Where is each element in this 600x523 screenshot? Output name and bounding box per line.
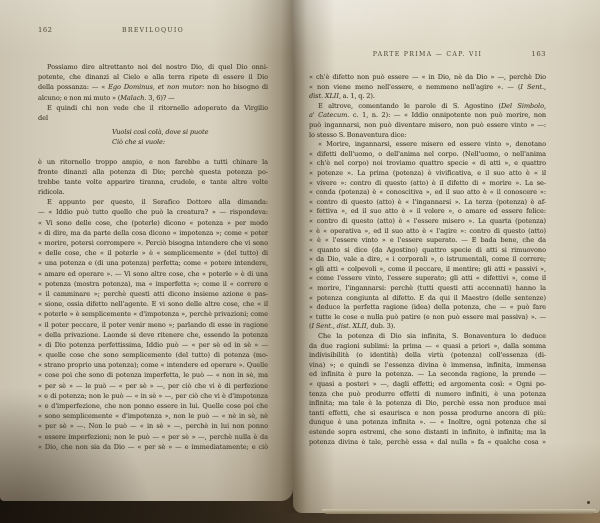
text-line: « il poter peccare, il poter venir meno … bbox=[38, 320, 268, 330]
text-line: « il camminare »; perchè questi atti dic… bbox=[38, 289, 268, 299]
text-segment: ed infinita è pure la potenza. — La seco… bbox=[309, 370, 546, 378]
text-segment: « è « l'essere vinto » e l'essere supera… bbox=[309, 236, 546, 244]
text-segment: « Dio, che non sia da Dio — « per sè » —… bbox=[38, 443, 268, 451]
text-segment: E appunto per questo, il Serafico Dottor… bbox=[47, 198, 268, 206]
text-segment: « strano proprio una potenza); come « in… bbox=[38, 361, 268, 369]
agostino-paragraph: E altrove, comentando le parole di S. Ag… bbox=[309, 102, 546, 140]
opening-paragraph: Possiamo dire altrettanto noi del nostro… bbox=[38, 62, 268, 103]
text-line: « morire, l'ingannarsi: perchè (tutti qu… bbox=[309, 284, 546, 294]
text-line: « Dio, che non sia da Dio — « per sè » —… bbox=[38, 442, 268, 452]
text-line: — « Iddio può tutto quello che può la cr… bbox=[38, 207, 268, 217]
italic-segment: I Sent., dist. XLII, bbox=[312, 322, 369, 330]
text-segment: da due ragioni sublimi: la prima — « qua… bbox=[309, 342, 546, 350]
text-segment: « è « operativa », ed il suo atto è « l'… bbox=[309, 227, 546, 235]
text-line: « è « operativa », ed il suo atto è « l'… bbox=[309, 227, 546, 237]
text-line: E appunto per questo, il Serafico Dottor… bbox=[38, 197, 268, 207]
text-line: « della privazione. Laonde si deve riten… bbox=[38, 330, 268, 340]
text-line: « di Dio potenza perfettissima, Iddio pu… bbox=[38, 340, 268, 350]
text-segment: dunque è una potenza infinita ». — « Ino… bbox=[309, 418, 546, 426]
text-segment: « potenza (mostra potenza), ma « imperfe… bbox=[38, 280, 268, 288]
text-segment: « Morire, ingannarsi, essere misero ed e… bbox=[318, 140, 546, 148]
text-segment: « contro di questo (atto) è « l'ingannar… bbox=[309, 198, 546, 206]
text-segment: — « Iddio può tutto quello che può la cr… bbox=[38, 208, 268, 216]
text-line: del bbox=[38, 113, 268, 123]
text-segment: del bbox=[38, 114, 48, 122]
text-line: alcuno; e non mi muto » (Malach. 3, 6)? … bbox=[38, 93, 268, 103]
text-segment: « e d'imperfezione, che non ponno essere… bbox=[38, 402, 268, 410]
text-segment: « difetti dell'uomo, o dell'anima nel co… bbox=[309, 150, 546, 158]
text-segment: « vivere »: contro di questo (atto) è il… bbox=[309, 179, 546, 187]
text-segment: « deduce la perfetta ragione (idea) dell… bbox=[309, 303, 546, 311]
text-line: indivisibilità (o identità) della virtù … bbox=[309, 351, 546, 361]
text-line: « deduce la perfetta ragione (idea) dell… bbox=[309, 303, 546, 313]
text-line: da due ragioni sublimi: la prima — « qua… bbox=[309, 342, 546, 352]
ritornello-paragraph: è un ritornello troppo ampio, e non fare… bbox=[38, 157, 268, 198]
text-segment: « come l'essere vinto, l'essere superato… bbox=[309, 274, 546, 282]
text-line: « sono semplicemente « d'impotenza », no… bbox=[38, 411, 268, 421]
text-line: « cose poi che sono di potenza imperfett… bbox=[38, 370, 268, 380]
text-line: « potenza congiunta al difetto. E da qui… bbox=[309, 294, 546, 304]
book-photo: 162 BREVILOQUIO Possiamo dire altrettant… bbox=[0, 0, 600, 523]
text-line: Che la potenza di Dio sia infinita, S. B… bbox=[309, 332, 546, 342]
ink-speck bbox=[587, 501, 590, 504]
text-line: « tutte le cose e nulla può patire (e no… bbox=[309, 313, 546, 323]
text-segment: 3, 6)? — bbox=[146, 94, 174, 102]
text-segment: « il camminare »; perchè questi atti dic… bbox=[38, 290, 268, 298]
text-segment: « una potenza e (di una potenza) perfett… bbox=[38, 259, 268, 267]
text-segment: « ch'è difetto non può essere — « in Dio… bbox=[309, 73, 546, 81]
text-line: « come l'essere vinto, l'essere superato… bbox=[309, 274, 546, 284]
text-line: « quelle cose che sono semplicemente (de… bbox=[38, 350, 268, 360]
text-segment: « della privazione. Laonde si deve riten… bbox=[38, 331, 268, 339]
text-line: « Vi sono delle cose, che (poterle) dico… bbox=[38, 218, 268, 228]
text-segment: dub. 3). bbox=[369, 322, 396, 330]
text-segment: ridicola. bbox=[38, 188, 65, 196]
text-line: E altrove, comentando le parole di S. Ag… bbox=[309, 102, 546, 112]
italic-segment: a' Catecum. bbox=[309, 111, 349, 119]
text-segment: è un ritornello troppo ampio, e non fare… bbox=[38, 158, 268, 166]
text-line: fronte dinanzi alla potenza di Dio; perc… bbox=[38, 167, 268, 177]
text-segment: « di Dio potenza perfettissima, Iddio pu… bbox=[38, 341, 268, 349]
left-running-title: BREVILOQUIO bbox=[122, 27, 184, 35]
text-segment: « ch'è nel corpo) noi troviamo quattro s… bbox=[309, 159, 546, 167]
text-line: estende sopra estremi, che sono distanti… bbox=[309, 428, 546, 438]
text-line: a' Catecum. c. 1, n. 2): — « Iddio onnip… bbox=[309, 111, 546, 121]
text-line: tanti effetti, che si esaurisca e non po… bbox=[309, 409, 546, 419]
text-segment: a. 1, q. 2). bbox=[341, 92, 375, 100]
dante-verse: Vuolsi così colà, dove si puoteCiò che s… bbox=[112, 127, 268, 147]
text-line: dist. XLII, a. 1, q. 2). bbox=[309, 92, 546, 102]
text-segment: Possiamo dire altrettanto noi del nostro… bbox=[47, 63, 268, 71]
right-page-header: PARTE PRIMA — CAP. VII 163 bbox=[309, 50, 546, 58]
text-segment: « sione, ossia difetto nell'agente. E vi… bbox=[38, 300, 268, 308]
text-line: « gli atti « colpevoli », come il peccar… bbox=[309, 265, 546, 275]
risposta-quote: « Vi sono delle cose, che (poterle) dico… bbox=[38, 218, 268, 452]
text-line: vina) »; e quindi se l'essenza divina è … bbox=[309, 361, 546, 371]
text-line: dunque è una potenza infinita ». — « Ino… bbox=[309, 418, 546, 428]
text-segment: « non viene meno nell'essere, e nemmeno … bbox=[309, 83, 520, 91]
text-segment: « per sè » — le può — « per sè » —, per … bbox=[38, 382, 268, 390]
text-line: « difetti dell'uomo, o dell'anima nel co… bbox=[309, 150, 546, 160]
text-line: Vuolsi così colà, dove si puote bbox=[112, 127, 268, 137]
text-segment: « contro di questo (atto) è « l'essere m… bbox=[309, 217, 546, 225]
text-segment: « potenza congiunta al difetto. E da qui… bbox=[309, 294, 546, 302]
text-line: « di dire, ma da parte della cosa dicono… bbox=[38, 228, 268, 238]
text-segment: Ciò che si vuole: bbox=[112, 138, 165, 146]
text-segment: vina) »; e quindi se l'essenza divina è … bbox=[309, 361, 546, 369]
text-line: Possiamo dire altrettanto noi del nostro… bbox=[38, 62, 268, 72]
text-segment: Che la potenza di Dio sia infinita, S. B… bbox=[318, 332, 546, 340]
text-line: « da Dio, vale a dire, « i corporali », … bbox=[309, 255, 546, 265]
bonaventura-quote: « Morire, ingannarsi, essere misero ed e… bbox=[309, 140, 546, 332]
text-line: potenza divina è tale, perchè essa « dal… bbox=[309, 438, 546, 448]
text-segment: « e di potenza; non le può — « in sè » —… bbox=[38, 392, 268, 400]
text-line: « fettiva », ed il suo atto è « il voler… bbox=[309, 207, 546, 217]
text-line: tenza che può produrre effetti di numero… bbox=[309, 390, 546, 400]
text-line: « delle cose, che « il poterle » è « sem… bbox=[38, 248, 268, 258]
text-segment: può ingannarsi, non può diventare misero… bbox=[309, 121, 546, 129]
text-segment: Vuolsi così colà, dove si puote bbox=[112, 128, 208, 136]
text-line: « potenza (mostra potenza), ma « imperfe… bbox=[38, 279, 268, 289]
right-page-text: « ch'è difetto non può essere — « in Dio… bbox=[309, 73, 546, 447]
text-segment: « quasi a posteri » —, dagli effetti; ed… bbox=[309, 380, 546, 388]
left-page-header: 162 BREVILOQUIO bbox=[38, 26, 268, 34]
text-segment: « essere imperfezioni; non le può — « pe… bbox=[38, 433, 268, 441]
text-segment: tenza che può produrre effetti di numero… bbox=[309, 390, 546, 398]
text-line: Ciò che si vuole: bbox=[112, 137, 268, 147]
text-segment: lo stesso S. Bonaventura dice: bbox=[309, 131, 406, 139]
text-segment: della possanza: — « bbox=[38, 83, 108, 91]
text-segment: « gli atti « colpevoli », come il peccar… bbox=[309, 265, 546, 273]
dimanda-paragraph: E appunto per questo, il Serafico Dottor… bbox=[38, 197, 268, 217]
text-segment: « quelle cose che sono semplicemente (de… bbox=[38, 351, 268, 359]
text-segment: potente, che dinanzi al Cielo e alla ter… bbox=[38, 73, 268, 81]
left-page-number: 162 bbox=[38, 26, 72, 34]
text-line: « quanto si dice (da Agostino) quattro s… bbox=[309, 246, 546, 256]
text-segment: « morire, l'ingannarsi: perchè (tutti qu… bbox=[309, 284, 546, 292]
text-segment: infinita; ma tale è la potenza di Dio, p… bbox=[309, 399, 546, 407]
page-stack-edge bbox=[322, 509, 596, 514]
text-line: « per sè » —. Non le può — « in sè » —, … bbox=[38, 421, 268, 431]
text-line: « contro di questo (atto) è « l'ingannar… bbox=[309, 198, 546, 208]
text-line: ridicola. bbox=[38, 187, 268, 197]
text-line: « potenze ». La prima (potenza) è vivifi… bbox=[309, 169, 546, 179]
text-segment: « amare ed operare ». — Vi sono altre co… bbox=[38, 270, 268, 278]
text-segment: trebbe tante volte apparire tiranna, cru… bbox=[38, 178, 268, 186]
text-line: « è « l'essere vinto » e l'essere supera… bbox=[309, 236, 546, 246]
text-line: « per sè » — le può — « per sè » —, per … bbox=[38, 381, 268, 391]
text-segment: fronte dinanzi alla potenza di Dio; perc… bbox=[38, 168, 268, 176]
text-line: lo stesso S. Bonaventura dice: bbox=[309, 131, 546, 141]
italic-segment: Ego Dominus, et non mutor: bbox=[108, 83, 204, 91]
text-line: trebbe tante volte apparire tiranna, cru… bbox=[38, 177, 268, 187]
text-segment: « quanto si dice (da Agostino) quattro s… bbox=[309, 246, 546, 254]
text-line: « conda (potenza) è « conoscitiva », ed … bbox=[309, 188, 546, 198]
text-segment: indivisibilità (o identità) della virtù … bbox=[309, 351, 546, 359]
text-segment: « conda (potenza) è « conoscitiva », ed … bbox=[309, 188, 546, 196]
text-line: « quasi a posteri » —, dagli effetti; ed… bbox=[309, 380, 546, 390]
continuation-quote: « ch'è difetto non può essere — « in Dio… bbox=[309, 73, 546, 102]
text-line: potente, che dinanzi al Cielo e alla ter… bbox=[38, 72, 268, 82]
text-segment: « di dire, ma da parte della cosa dicono… bbox=[38, 229, 268, 237]
text-line: « una potenza e (di una potenza) perfett… bbox=[38, 258, 268, 268]
text-segment: c. 1, n. 2): — « Iddio onnipotente non p… bbox=[349, 111, 546, 119]
text-line: « contro di questo (atto) è « l'essere m… bbox=[309, 217, 546, 227]
text-line: infinita; ma tale è la potenza di Dio, p… bbox=[309, 399, 546, 409]
text-line: E quindi chi non vede che il ritornello … bbox=[38, 103, 268, 113]
text-segment: « delle cose, che « il poterle » è « sem… bbox=[38, 249, 268, 257]
text-segment: potenza divina è tale, perchè essa « dal… bbox=[309, 438, 546, 446]
text-segment: non ho bisogno di bbox=[204, 83, 268, 91]
text-line: « sione, ossia difetto nell'agente. E vi… bbox=[38, 299, 268, 309]
text-line: « non viene meno nell'essere, e nemmeno … bbox=[309, 83, 546, 93]
text-line: « poterle » è semplicemente « d'impotenz… bbox=[38, 309, 268, 319]
text-line: « strano proprio una potenza); come « in… bbox=[38, 360, 268, 370]
text-segment: « per sè » —. Non le può — « in sè » —, … bbox=[38, 422, 268, 430]
text-segment: alcuno; e non mi muto » ( bbox=[38, 94, 120, 102]
text-segment: « potenze ». La prima (potenza) è vivifi… bbox=[309, 169, 546, 177]
italic-segment: I Sent., bbox=[520, 83, 546, 91]
left-page-text: Possiamo dire altrettanto noi del nostro… bbox=[38, 62, 268, 452]
text-segment: « fettiva », ed il suo atto è « il voler… bbox=[309, 207, 546, 215]
text-line: può ingannarsi, non può diventare misero… bbox=[309, 121, 546, 131]
italic-segment: Del Simbolo, bbox=[501, 102, 546, 110]
text-line: « morire, potersi corrompere ». Perciò b… bbox=[38, 238, 268, 248]
text-line: è un ritornello troppo ampio, e non fare… bbox=[38, 157, 268, 167]
text-segment: « il poter peccare, il poter venir meno … bbox=[38, 321, 268, 329]
text-segment: estende sopra estremi, che sono distanti… bbox=[309, 428, 546, 436]
text-line: (I Sent., dist. XLII, dub. 3). bbox=[309, 322, 546, 332]
right-running-title: PARTE PRIMA — CAP. VII bbox=[373, 51, 482, 59]
text-line: « ch'è difetto non può essere — « in Dio… bbox=[309, 73, 546, 83]
text-segment: « da Dio, vale a dire, « i corporali », … bbox=[309, 255, 546, 263]
text-segment: « cose poi che sono di potenza imperfett… bbox=[38, 371, 268, 379]
left-page-content: 162 BREVILOQUIO Possiamo dire altrettant… bbox=[38, 26, 268, 452]
text-line: « essere imperfezioni; non le può — « pe… bbox=[38, 432, 268, 442]
text-line: « vivere »: contro di questo (atto) è il… bbox=[309, 179, 546, 189]
text-segment: « sono semplicemente « d'impotenza », no… bbox=[38, 412, 268, 420]
right-page-content: PARTE PRIMA — CAP. VII 163 « ch'è difett… bbox=[309, 50, 546, 447]
potenza-infinita-paragraph: Che la potenza di Dio sia infinita, S. B… bbox=[309, 332, 546, 447]
italic-segment: Malach. bbox=[120, 94, 146, 102]
text-line: « Morire, ingannarsi, essere misero ed e… bbox=[309, 140, 546, 150]
text-line: « amare ed operare ». — Vi sono altre co… bbox=[38, 269, 268, 279]
text-segment: E altrove, comentando le parole di S. Ag… bbox=[318, 102, 501, 110]
text-line: « e di potenza; non le può — « in sè » —… bbox=[38, 391, 268, 401]
text-segment: « Vi sono delle cose, che (poterle) dico… bbox=[38, 219, 268, 227]
text-segment: « poterle » è semplicemente « d'impotenz… bbox=[38, 310, 268, 318]
text-line: « e d'imperfezione, che non ponno essere… bbox=[38, 401, 268, 411]
text-segment: « tutte le cose e nulla può patire (e no… bbox=[309, 313, 546, 321]
text-segment: tanti effetti, che si esaurisca e non po… bbox=[309, 409, 546, 417]
text-segment: E quindi chi non vede che il ritornello … bbox=[47, 104, 268, 112]
text-segment: « morire, potersi corrompere ». Perciò b… bbox=[38, 239, 268, 247]
italic-segment: dist. XLII, bbox=[309, 92, 341, 100]
text-line: della possanza: — « Ego Dominus, et non … bbox=[38, 82, 268, 92]
text-line: « ch'è nel corpo) noi troviamo quattro s… bbox=[309, 159, 546, 169]
virgilio-paragraph: E quindi chi non vede che il ritornello … bbox=[38, 103, 268, 123]
right-page-number: 163 bbox=[512, 50, 546, 58]
text-line: ed infinita è pure la potenza. — La seco… bbox=[309, 370, 546, 380]
